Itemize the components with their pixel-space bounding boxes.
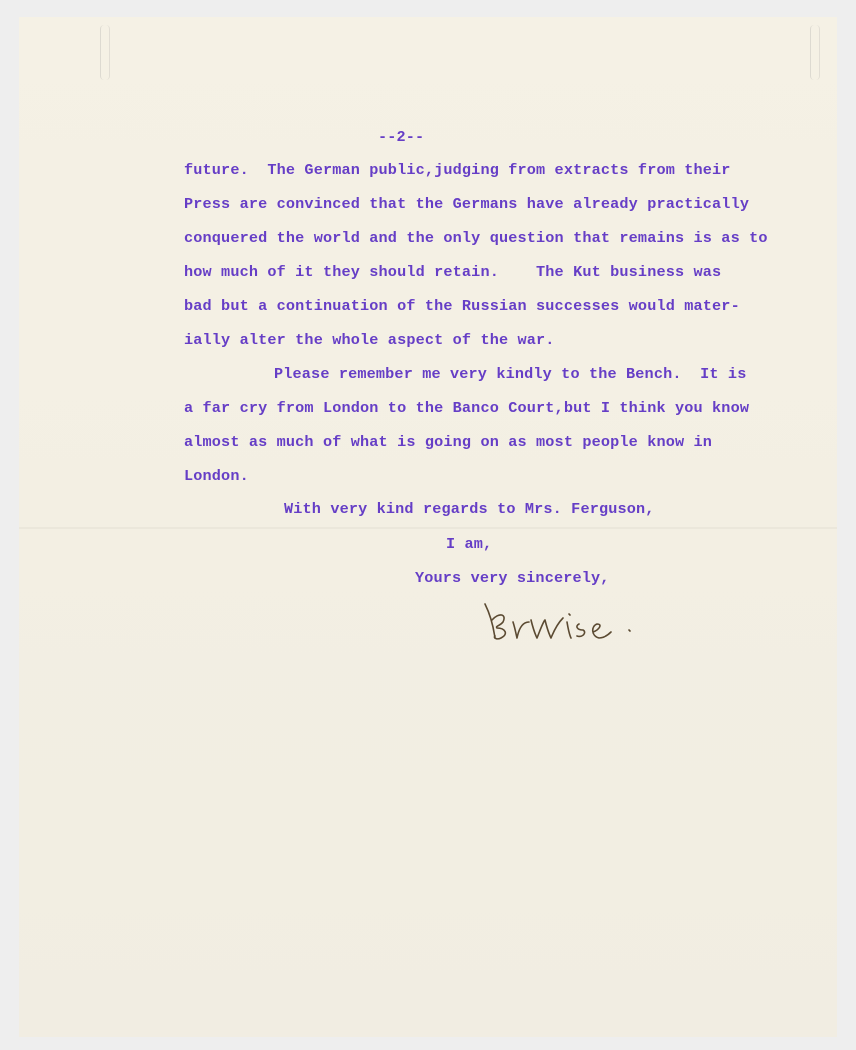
body-line: Press are convinced that the Germans hav… bbox=[184, 194, 749, 214]
body-line: London. bbox=[184, 466, 249, 486]
body-line: a far cry from London to the Banco Court… bbox=[184, 398, 749, 418]
paperclip-mark bbox=[810, 25, 820, 80]
body-line: ially alter the whole aspect of the war. bbox=[184, 330, 555, 350]
handwritten-signature bbox=[483, 598, 683, 648]
closing-regards: With very kind regards to Mrs. Ferguson, bbox=[284, 499, 655, 519]
paperclip-mark bbox=[100, 25, 110, 80]
closing-i-am: I am, bbox=[446, 534, 492, 554]
body-line: future. The German public,judging from e… bbox=[184, 160, 731, 180]
closing-valediction: Yours very sincerely, bbox=[415, 568, 610, 588]
page-fold bbox=[19, 527, 837, 529]
body-line: how much of it they should retain. The K… bbox=[184, 262, 721, 282]
body-line: almost as much of what is going on as mo… bbox=[184, 432, 712, 452]
body-line: bad but a continuation of the Russian su… bbox=[184, 296, 740, 316]
page-number: --2-- bbox=[378, 127, 424, 147]
body-line: Please remember me very kindly to the Be… bbox=[274, 364, 746, 384]
body-line: conquered the world and the only questio… bbox=[184, 228, 768, 248]
